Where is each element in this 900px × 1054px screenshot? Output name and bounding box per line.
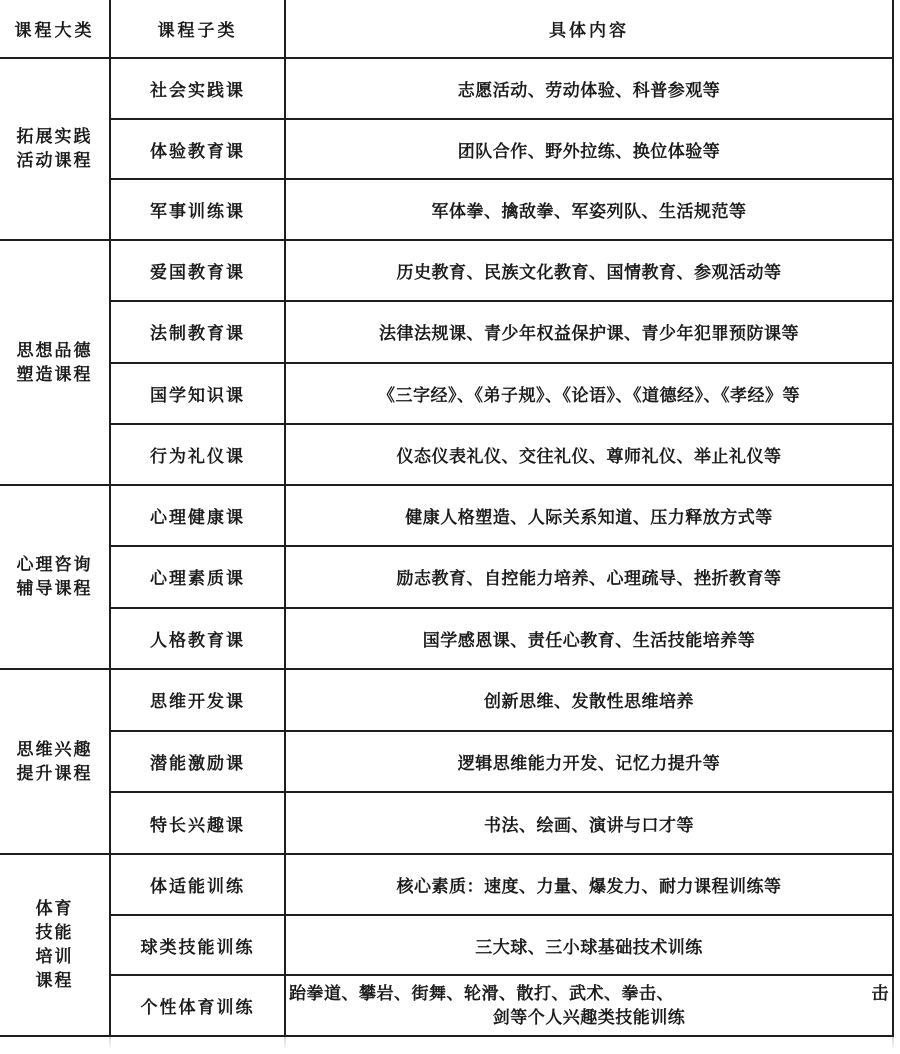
content-cell: 志愿活动、劳动体验、科普参观等 — [286, 59, 892, 118]
table-row: 体适能训练 核心素质：速度、力量、爆发力、耐力课程训练等 — [111, 855, 892, 916]
content-cell: 书法、绘画、演讲与口才等 — [286, 793, 892, 853]
subcategory-cell: 潜能激励课 — [111, 732, 286, 792]
section-practice-activity: 拓展实践 活动课程 社会实践课 志愿活动、劳动体验、科普参观等 体验教育课 团队… — [0, 59, 892, 241]
section-rows: 社会实践课 志愿活动、劳动体验、科普参观等 体验教育课 团队合作、野外拉练、换位… — [111, 59, 892, 239]
subcategory-cell: 思维开发课 — [111, 670, 286, 730]
header-content: 具体内容 — [286, 0, 892, 57]
subcategory-cell: 个性体育训练 — [111, 976, 286, 1035]
category-cell: 心理咨询 辅导课程 — [0, 486, 111, 668]
table-row: 社会实践课 志愿活动、劳动体验、科普参观等 — [111, 59, 892, 120]
subcategory-cell: 军事训练课 — [111, 180, 286, 239]
cutoff-row-sliver — [0, 1037, 894, 1052]
faint-gridline — [109, 1037, 111, 1050]
table-row: 爱国教育课 历史教育、民族文化教育、国情教育、参观活动等 — [111, 241, 892, 302]
subcategory-cell: 法制教育课 — [111, 302, 286, 361]
section-thinking-interest: 思维兴趣 提升课程 思维开发课 创新思维、发散性思维培养 潜能激励课 逻辑思维能… — [0, 670, 892, 855]
content-cell: 创新思维、发散性思维培养 — [286, 670, 892, 730]
content-cell: 法律法规课、青少年权益保护课、青少年犯罪预防课等 — [286, 302, 892, 361]
section-rows: 爱国教育课 历史教育、民族文化教育、国情教育、参观活动等 法制教育课 法律法规课… — [111, 241, 892, 484]
section-moral-shaping: 思想品德 塑造课程 爱国教育课 历史教育、民族文化教育、国情教育、参观活动等 法… — [0, 241, 892, 486]
table-row: 体验教育课 团队合作、野外拉练、换位体验等 — [111, 120, 892, 181]
subcategory-cell: 社会实践课 — [111, 59, 286, 118]
content-cell: 励志教育、自控能力培养、心理疏导、挫折教育等 — [286, 547, 892, 606]
header-subcategory: 课程子类 — [111, 0, 286, 57]
table-row: 球类技能训练 三大球、三小球基础技术训练 — [111, 916, 892, 977]
table-row: 国学知识课 《三字经》、《弟子规》、《论语》、《道德经》、《孝经》等 — [111, 364, 892, 425]
content-cell: 核心素质：速度、力量、爆发力、耐力课程训练等 — [286, 855, 892, 914]
content-line-1: 跆拳道、攀岩、街舞、轮滑、散打、武术、拳击、 击 — [289, 982, 889, 1006]
table-row: 潜能激励课 逻辑思维能力开发、记忆力提升等 — [111, 732, 892, 794]
subcategory-cell: 国学知识课 — [111, 364, 286, 423]
content-cell: 仪态仪表礼仪、交往礼仪、尊师礼仪、举止礼仪等 — [286, 425, 892, 484]
section-sports-skills: 体育 技能 培训 课程 体适能训练 核心素质：速度、力量、爆发力、耐力课程训练等… — [0, 855, 892, 1037]
category-cell: 思维兴趣 提升课程 — [0, 670, 111, 853]
content-cell: 《三字经》、《弟子规》、《论语》、《道德经》、《孝经》等 — [286, 364, 892, 423]
content-cell: 三大球、三小球基础技术训练 — [286, 916, 892, 975]
subcategory-cell: 心理健康课 — [111, 486, 286, 545]
table-row: 心理素质课 励志教育、自控能力培养、心理疏导、挫折教育等 — [111, 547, 892, 608]
header-category: 课程大类 — [0, 0, 111, 57]
faint-gridline — [892, 1037, 894, 1050]
section-psych-counseling: 心理咨询 辅导课程 心理健康课 健康人格塑造、人际关系知道、压力释放方式等 心理… — [0, 486, 892, 670]
category-cell: 思想品德 塑造课程 — [0, 241, 111, 484]
subcategory-cell: 爱国教育课 — [111, 241, 286, 300]
subcategory-cell: 行为礼仪课 — [111, 425, 286, 484]
section-rows: 心理健康课 健康人格塑造、人际关系知道、压力释放方式等 心理素质课 励志教育、自… — [111, 486, 892, 668]
section-rows: 思维开发课 创新思维、发散性思维培养 潜能激励课 逻辑思维能力开发、记忆力提升等… — [111, 670, 892, 853]
table-row: 军事训练课 军体拳、擒敌拳、军姿列队、生活规范等 — [111, 180, 892, 239]
course-table: 课程大类 课程子类 具体内容 拓展实践 活动课程 社会实践课 志愿活动、劳动体验… — [0, 0, 894, 1037]
content-line-2: 剑等个人兴趣类技能训练 — [289, 1006, 889, 1030]
subcategory-cell: 体验教育课 — [111, 120, 286, 179]
table-row: 人格教育课 国学感恩课、责任心教育、生活技能培养等 — [111, 609, 892, 668]
table-row: 思维开发课 创新思维、发散性思维培养 — [111, 670, 892, 732]
content-cell: 历史教育、民族文化教育、国情教育、参观活动等 — [286, 241, 892, 300]
faint-gridline — [284, 1037, 286, 1050]
content-cell: 逻辑思维能力开发、记忆力提升等 — [286, 732, 892, 792]
content-line-1-left: 跆拳道、攀岩、街舞、轮滑、散打、武术、拳击、 — [289, 982, 674, 1006]
section-rows: 体适能训练 核心素质：速度、力量、爆发力、耐力课程训练等 球类技能训练 三大球、… — [111, 855, 892, 1035]
subcategory-cell: 人格教育课 — [111, 609, 286, 668]
content-cell: 跆拳道、攀岩、街舞、轮滑、散打、武术、拳击、 击 剑等个人兴趣类技能训练 — [286, 976, 892, 1035]
table-row: 法制教育课 法律法规课、青少年权益保护课、青少年犯罪预防课等 — [111, 302, 892, 363]
header-row: 课程大类 课程子类 具体内容 — [0, 0, 892, 59]
content-cell: 健康人格塑造、人际关系知道、压力释放方式等 — [286, 486, 892, 545]
content-line-1-right: 击 — [872, 982, 890, 1006]
content-cell: 军体拳、擒敌拳、军姿列队、生活规范等 — [286, 180, 892, 239]
content-cell: 国学感恩课、责任心教育、生活技能培养等 — [286, 609, 892, 668]
category-cell: 体育 技能 培训 课程 — [0, 855, 111, 1035]
subcategory-cell: 特长兴趣课 — [111, 793, 286, 853]
subcategory-cell: 体适能训练 — [111, 855, 286, 914]
category-cell: 拓展实践 活动课程 — [0, 59, 111, 239]
subcategory-cell: 球类技能训练 — [111, 916, 286, 975]
subcategory-cell: 心理素质课 — [111, 547, 286, 606]
content-cell: 团队合作、野外拉练、换位体验等 — [286, 120, 892, 179]
table-row: 个性体育训练 跆拳道、攀岩、街舞、轮滑、散打、武术、拳击、 击 剑等个人兴趣类技… — [111, 976, 892, 1035]
table-row: 行为礼仪课 仪态仪表礼仪、交往礼仪、尊师礼仪、举止礼仪等 — [111, 425, 892, 484]
table-row: 心理健康课 健康人格塑造、人际关系知道、压力释放方式等 — [111, 486, 892, 547]
table-row: 特长兴趣课 书法、绘画、演讲与口才等 — [111, 793, 892, 853]
